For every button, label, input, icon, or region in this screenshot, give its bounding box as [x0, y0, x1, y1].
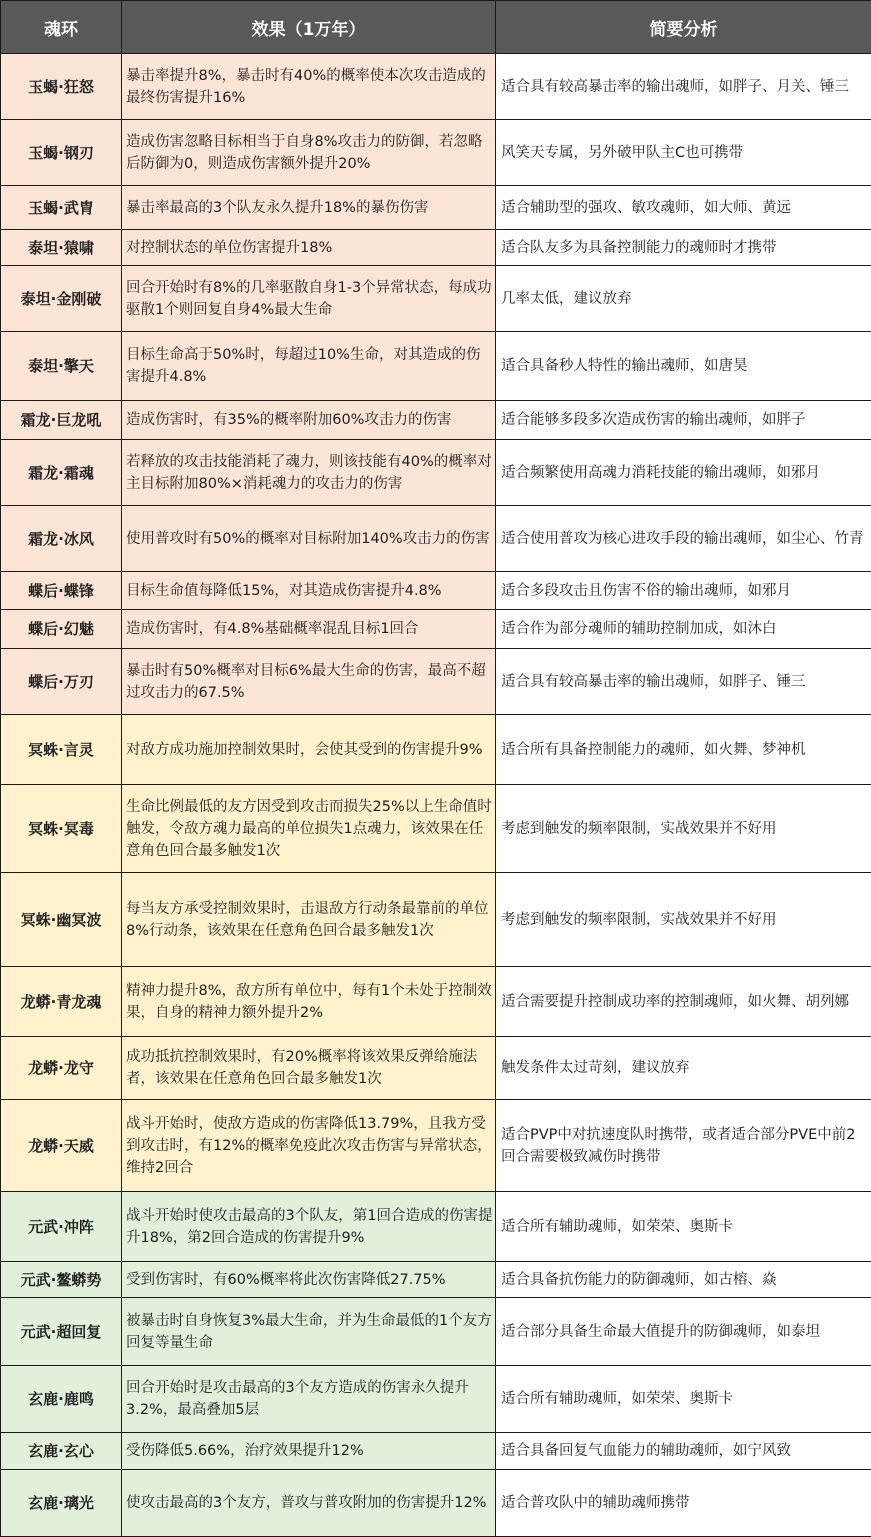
effect-text: 受到伤害时，有60%概率将此次伤害降低27.75%	[122, 1262, 496, 1298]
table-row: 霜龙·霜魂若释放的攻击技能消耗了魂力，则该技能有40%的概率对主目标附加80%×…	[1, 440, 871, 506]
effect-text: 被暴击时自身恢复3%最大生命，并为生命最低的1个友方回复等量生命	[122, 1298, 496, 1366]
soul-ring-name: 玉蝎·狂怒	[1, 54, 122, 120]
effect-text: 目标生命高于50%时，每超过10%生命，对其造成的伤害提升4.8%	[122, 332, 496, 401]
table-row: 蝶后·万刃暴击时有50%概率对目标6%最大生命的伤害，最高不超过攻击力的67.5…	[1, 649, 871, 715]
effect-text: 暴击率最高的3个队友永久提升18%的暴伤伤害	[122, 186, 496, 230]
soul-ring-name: 蝶后·幻魅	[1, 610, 122, 649]
effect-text: 战斗开始时使攻击最高的3个队友，第1回合造成的伤害提升18%，第2回合造成的伤害…	[122, 1192, 496, 1262]
table-row: 龙蟒·天威战斗开始时，使敌方造成的伤害降低13.79%，且我方受到攻击时，有12…	[1, 1100, 871, 1192]
header-effect: 效果（1万年）	[122, 1, 496, 54]
table-row: 玉蝎·狂怒暴击率提升8%，暴击时有40%的概率使本次攻击造成的最终伤害提升16%…	[1, 54, 871, 120]
effect-text: 若释放的攻击技能消耗了魂力，则该技能有40%的概率对主目标附加80%×消耗魂力的…	[122, 440, 496, 506]
effect-text: 对控制状态的单位伤害提升18%	[122, 230, 496, 266]
table-row: 玄鹿·鹿鸣回合开始时是攻击最高的3个友方造成的伤害永久提升3.2%，最高叠加5层…	[1, 1366, 871, 1433]
soul-ring-name: 元武·冲阵	[1, 1192, 122, 1262]
analysis-text: 适合所有具备控制能力的魂师，如火舞、梦神机	[496, 715, 871, 785]
soul-ring-name: 冥蛛·冥毒	[1, 785, 122, 873]
soul-ring-name: 霜龙·冰风	[1, 506, 122, 572]
table-header-row: 魂环 效果（1万年） 简要分析	[1, 1, 871, 54]
table-row: 冥蛛·言灵对敌方成功施加控制效果时，会使其受到的伤害提升9%适合所有具备控制能力…	[1, 715, 871, 785]
analysis-text: 几率太低，建议放弃	[496, 266, 871, 332]
analysis-text: 适合作为部分魂师的辅助控制加成，如沐白	[496, 610, 871, 649]
effect-text: 造成伤害时，有4.8%基础概率混乱目标1回合	[122, 610, 496, 649]
analysis-text: 适合能够多段多次造成伤害的输出魂师，如胖子	[496, 401, 871, 440]
table-row: 泰坦·擎天目标生命高于50%时，每超过10%生命，对其造成的伤害提升4.8%适合…	[1, 332, 871, 401]
soul-ring-name: 冥蛛·言灵	[1, 715, 122, 785]
table-row: 玉蝎·武胄暴击率最高的3个队友永久提升18%的暴伤伤害适合辅助型的强攻、敏攻魂师…	[1, 186, 871, 230]
effect-text: 使攻击最高的3个友方，普攻与普攻附加的伤害提升12%	[122, 1470, 496, 1537]
soul-ring-name: 元武·鳌蟒势	[1, 1262, 122, 1298]
effect-text: 对敌方成功施加控制效果时，会使其受到的伤害提升9%	[122, 715, 496, 785]
table-row: 元武·冲阵战斗开始时使攻击最高的3个队友，第1回合造成的伤害提升18%，第2回合…	[1, 1192, 871, 1262]
effect-text: 暴击时有50%概率对目标6%最大生命的伤害，最高不超过攻击力的67.5%	[122, 649, 496, 715]
soul-ring-name: 玄鹿·鹿鸣	[1, 1366, 122, 1433]
soul-ring-name: 龙蟒·青龙魂	[1, 967, 122, 1037]
soul-ring-name: 蝶后·蝶锋	[1, 572, 122, 610]
table-row: 蝶后·蝶锋目标生命值每降低15%，对其造成伤害提升4.8%适合多段攻击且伤害不俗…	[1, 572, 871, 610]
analysis-text: 适合具备抗伤能力的防御魂师，如古榕、焱	[496, 1262, 871, 1298]
table-row: 泰坦·金刚破回合开始时有8%的几率驱散自身1-3个异常状态，每成功驱散1个则回复…	[1, 266, 871, 332]
table-row: 冥蛛·冥毒生命比例最低的友方因受到攻击而损失25%以上生命值时触发，令敌方魂力最…	[1, 785, 871, 873]
table-row: 玄鹿·玄心受伤降低5.66%，治疗效果提升12%适合具备回复气血能力的辅助魂师，…	[1, 1433, 871, 1470]
soul-ring-name: 冥蛛·幽冥波	[1, 873, 122, 967]
table-row: 玄鹿·璃光使攻击最高的3个友方，普攻与普攻附加的伤害提升12%适合普攻队中的辅助…	[1, 1470, 871, 1537]
soul-ring-name: 玉蝎·武胄	[1, 186, 122, 230]
soul-ring-name: 泰坦·金刚破	[1, 266, 122, 332]
analysis-text: 适合使用普攻为核心进攻手段的输出魂师，如尘心、竹青	[496, 506, 871, 572]
table-row: 龙蟒·龙守成功抵抗控制效果时，有20%概率将该效果反弹给施法者，该效果在任意角色…	[1, 1037, 871, 1100]
table-row: 霜龙·巨龙吼造成伤害时，有35%的概率附加60%攻击力的伤害适合能够多段多次造成…	[1, 401, 871, 440]
soul-ring-name: 玄鹿·玄心	[1, 1433, 122, 1470]
soul-ring-name: 玄鹿·璃光	[1, 1470, 122, 1537]
header-soul-ring: 魂环	[1, 1, 122, 54]
table-body: 玉蝎·狂怒暴击率提升8%，暴击时有40%的概率使本次攻击造成的最终伤害提升16%…	[1, 54, 871, 1537]
analysis-text: 适合具备秒人特性的输出魂师，如唐昊	[496, 332, 871, 401]
table-row: 蝶后·幻魅造成伤害时，有4.8%基础概率混乱目标1回合适合作为部分魂师的辅助控制…	[1, 610, 871, 649]
effect-text: 回合开始时有8%的几率驱散自身1-3个异常状态，每成功驱散1个则回复自身4%最大…	[122, 266, 496, 332]
soul-ring-name: 玉蝎·钢刃	[1, 120, 122, 186]
effect-text: 暴击率提升8%，暴击时有40%的概率使本次攻击造成的最终伤害提升16%	[122, 54, 496, 120]
effect-text: 回合开始时是攻击最高的3个友方造成的伤害永久提升3.2%，最高叠加5层	[122, 1366, 496, 1433]
soul-ring-name: 霜龙·霜魂	[1, 440, 122, 506]
analysis-text: 适合具有较高暴击率的输出魂师，如胖子、锤三	[496, 649, 871, 715]
analysis-text: 适合频繁使用高魂力消耗技能的输出魂师，如邪月	[496, 440, 871, 506]
effect-text: 造成伤害时，有35%的概率附加60%攻击力的伤害	[122, 401, 496, 440]
soul-ring-name: 泰坦·猿啸	[1, 230, 122, 266]
analysis-text: 风笑天专属，另外破甲队主C也可携带	[496, 120, 871, 186]
analysis-text: 适合具有较高暴击率的输出魂师，如胖子、月关、锤三	[496, 54, 871, 120]
soul-ring-name: 元武·超回复	[1, 1298, 122, 1366]
analysis-text: 考虑到触发的频率限制，实战效果并不好用	[496, 873, 871, 967]
effect-text: 每当友方承受控制效果时，击退敌方行动条最靠前的单位8%行动条，该效果在任意角色回…	[122, 873, 496, 967]
analysis-text: 适合多段攻击且伤害不俗的输出魂师，如邪月	[496, 572, 871, 610]
effect-text: 使用普攻时有50%的概率对目标附加140%攻击力的伤害	[122, 506, 496, 572]
analysis-text: 适合部分具备生命最大值提升的防御魂师，如泰坦	[496, 1298, 871, 1366]
table-row: 霜龙·冰风使用普攻时有50%的概率对目标附加140%攻击力的伤害适合使用普攻为核…	[1, 506, 871, 572]
analysis-text: 适合辅助型的强攻、敏攻魂师，如大师、黄远	[496, 186, 871, 230]
soul-ring-name: 蝶后·万刃	[1, 649, 122, 715]
header-analysis: 简要分析	[496, 1, 871, 54]
analysis-text: 适合所有辅助魂师，如荣荣、奥斯卡	[496, 1366, 871, 1433]
soul-ring-table: 魂环 效果（1万年） 简要分析 玉蝎·狂怒暴击率提升8%，暴击时有40%的概率使…	[0, 0, 871, 1537]
table-row: 冥蛛·幽冥波每当友方承受控制效果时，击退敌方行动条最靠前的单位8%行动条，该效果…	[1, 873, 871, 967]
analysis-text: 适合队友多为具备控制能力的魂师时才携带	[496, 230, 871, 266]
analysis-text: 适合需要提升控制成功率的控制魂师，如火舞、胡列娜	[496, 967, 871, 1037]
analysis-text: 适合所有辅助魂师，如荣荣、奥斯卡	[496, 1192, 871, 1262]
table-row: 龙蟒·青龙魂精神力提升8%，敌方所有单位中，每有1个未处于控制效果，自身的精神力…	[1, 967, 871, 1037]
effect-text: 成功抵抗控制效果时，有20%概率将该效果反弹给施法者，该效果在任意角色回合最多触…	[122, 1037, 496, 1100]
table-row: 元武·鳌蟒势受到伤害时，有60%概率将此次伤害降低27.75%适合具备抗伤能力的…	[1, 1262, 871, 1298]
analysis-text: 适合具备回复气血能力的辅助魂师，如宁风致	[496, 1433, 871, 1470]
table-row: 元武·超回复被暴击时自身恢复3%最大生命，并为生命最低的1个友方回复等量生命适合…	[1, 1298, 871, 1366]
effect-text: 战斗开始时，使敌方造成的伤害降低13.79%，且我方受到攻击时，有12%的概率免…	[122, 1100, 496, 1192]
analysis-text: 考虑到触发的频率限制，实战效果并不好用	[496, 785, 871, 873]
effect-text: 受伤降低5.66%，治疗效果提升12%	[122, 1433, 496, 1470]
analysis-text: 适合普攻队中的辅助魂师携带	[496, 1470, 871, 1537]
table-row: 泰坦·猿啸对控制状态的单位伤害提升18%适合队友多为具备控制能力的魂师时才携带	[1, 230, 871, 266]
effect-text: 精神力提升8%，敌方所有单位中，每有1个未处于控制效果，自身的精神力额外提升2%	[122, 967, 496, 1037]
table-row: 玉蝎·钢刃造成伤害忽略目标相当于自身8%攻击力的防御，若忽略后防御为0，则造成伤…	[1, 120, 871, 186]
soul-ring-name: 霜龙·巨龙吼	[1, 401, 122, 440]
analysis-text: 适合PVP中对抗速度队时携带，或者适合部分PVE中前2回合需要极致减伤时携带	[496, 1100, 871, 1192]
soul-ring-name: 龙蟒·天威	[1, 1100, 122, 1192]
analysis-text: 触发条件太过苛刻，建议放弃	[496, 1037, 871, 1100]
effect-text: 造成伤害忽略目标相当于自身8%攻击力的防御，若忽略后防御为0，则造成伤害额外提升…	[122, 120, 496, 186]
soul-ring-name: 泰坦·擎天	[1, 332, 122, 401]
effect-text: 生命比例最低的友方因受到攻击而损失25%以上生命值时触发，令敌方魂力最高的单位损…	[122, 785, 496, 873]
effect-text: 目标生命值每降低15%，对其造成伤害提升4.8%	[122, 572, 496, 610]
soul-ring-name: 龙蟒·龙守	[1, 1037, 122, 1100]
